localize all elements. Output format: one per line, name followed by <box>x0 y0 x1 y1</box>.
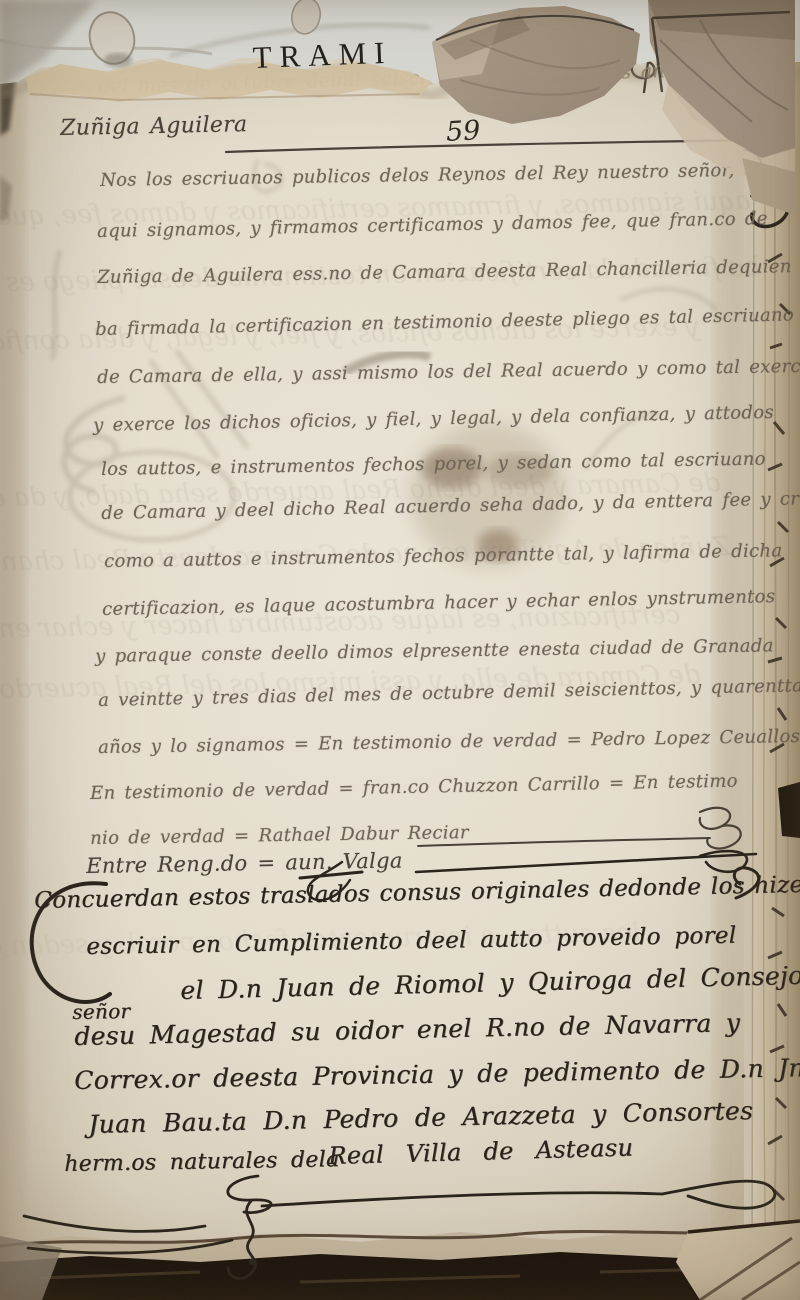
torn-overlay-layer <box>0 0 800 1300</box>
torn-fragment-center <box>432 6 640 124</box>
printed-title: TRAMI <box>252 35 393 76</box>
torn-fragment-right <box>648 0 795 215</box>
manuscript-scan: aqui signamos, y firmamos certificamos y… <box>0 0 800 1300</box>
